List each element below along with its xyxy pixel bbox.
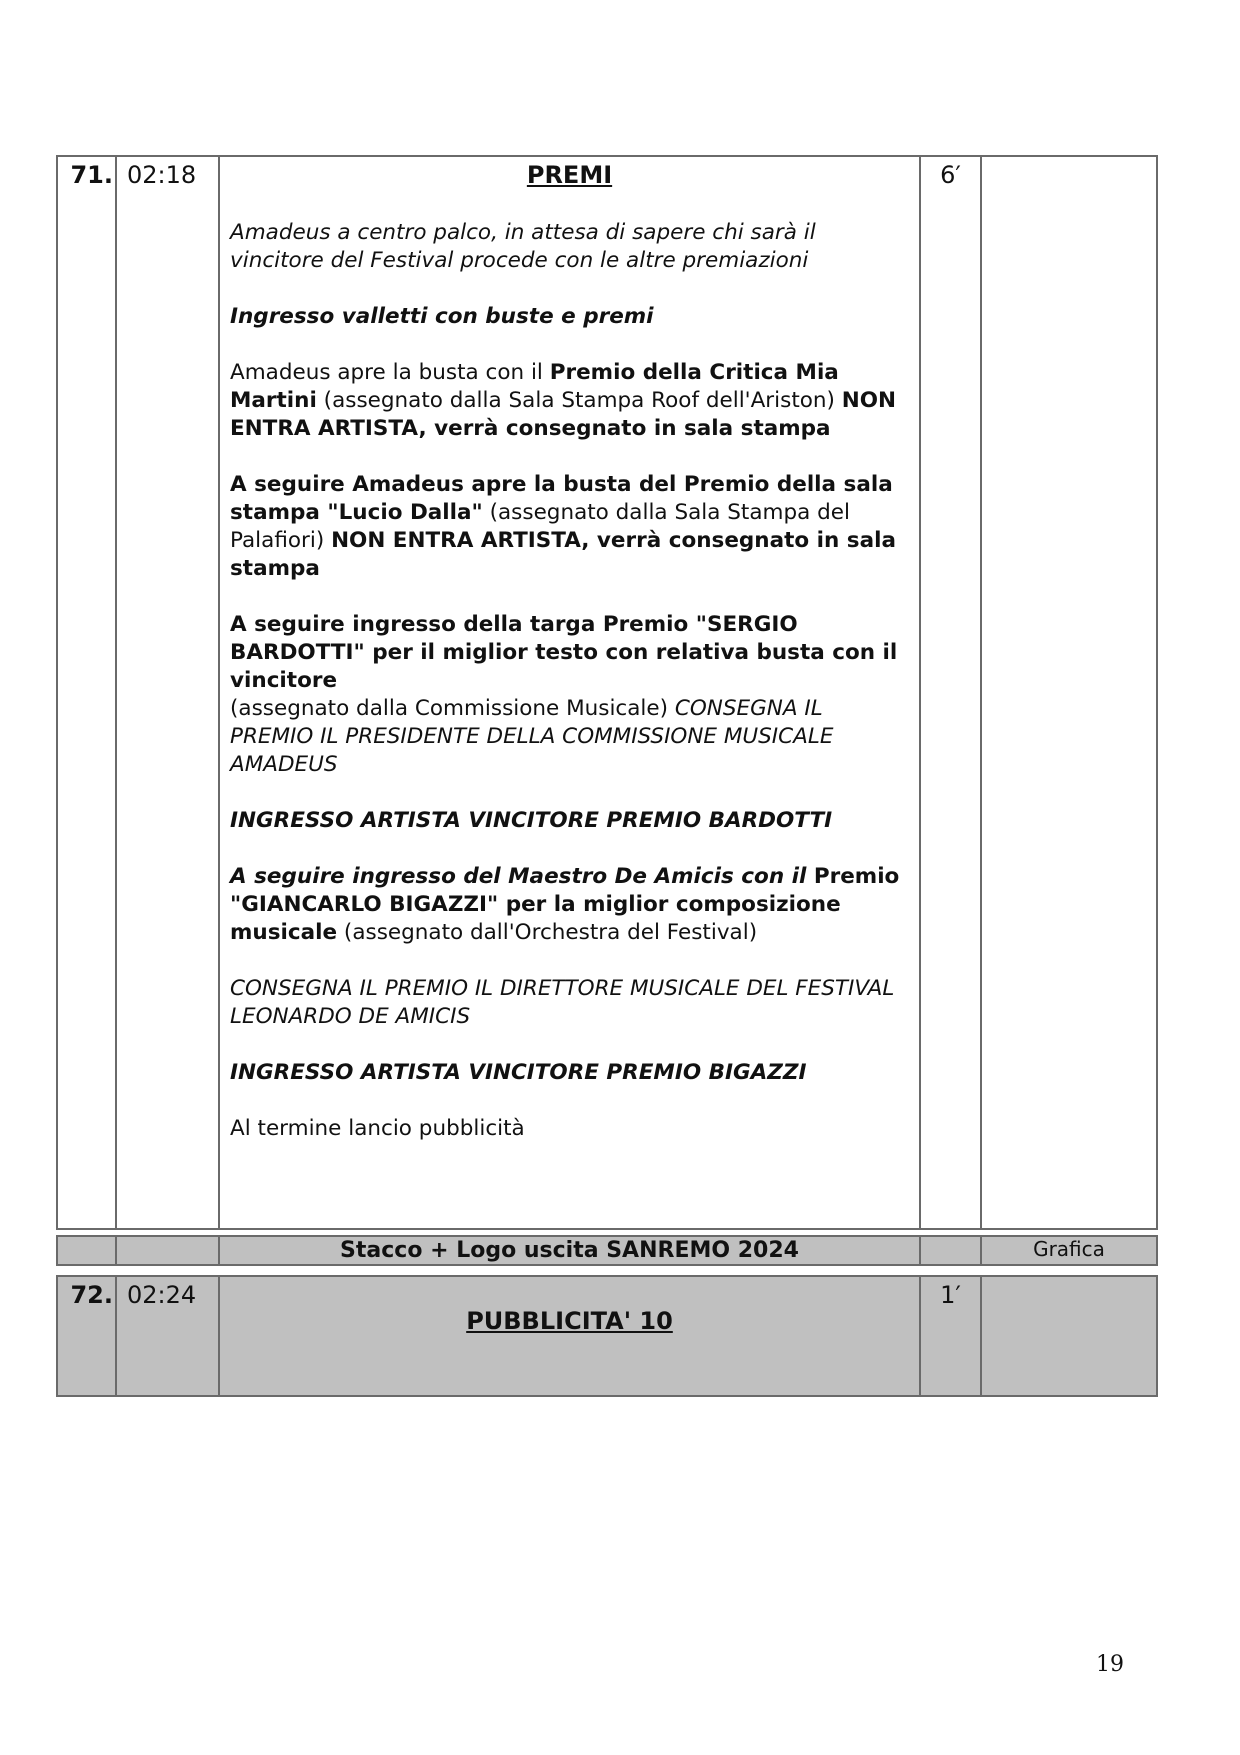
text-segment: Amadeus a centro palco, in attesa di sap… [230, 220, 816, 273]
item-body: PREMI Amadeus a centro palco, in attesa … [219, 156, 920, 1229]
item-title: PREMI [230, 161, 909, 189]
description-paragraph: A seguire Amadeus apre la busta del Prem… [230, 471, 909, 583]
text-segment: A seguire ingresso della targa Premio "S… [230, 612, 897, 693]
item-time: 02:24 [116, 1276, 219, 1396]
description-paragraph: CONSEGNA IL PREMIO IL DIRETTORE MUSICALE… [230, 975, 909, 1031]
separator-label: Stacco + Logo uscita SANREMO 2024 [219, 1236, 920, 1265]
description-paragraph: INGRESSO ARTISTA VINCITORE PREMIO BIGAZZ… [230, 1059, 909, 1087]
separator-row: Stacco + Logo uscita SANREMO 2024 Grafic… [57, 1236, 1157, 1265]
description-paragraph: Amadeus apre la busta con il Premio dell… [230, 359, 909, 443]
text-segment: Ingresso valletti con buste e premi [230, 304, 654, 329]
item-description: Amadeus a centro palco, in attesa di sap… [230, 219, 909, 1143]
description-paragraph: Ingresso valletti con buste e premi [230, 303, 909, 331]
text-segment: A seguire ingresso del Maestro De Amicis… [230, 864, 806, 889]
separator-table: Stacco + Logo uscita SANREMO 2024 Grafic… [56, 1235, 1158, 1266]
schedule-row-72-table: 72. 02:24 PUBBLICITA' 10 1′ [56, 1275, 1158, 1397]
item-note [981, 1276, 1157, 1396]
description-paragraph: A seguire ingresso del Maestro De Amicis… [230, 863, 909, 947]
text-segment: CONSEGNA IL PREMIO IL DIRETTORE MUSICALE… [230, 976, 894, 1029]
schedule-row: 71. 02:18 PREMI Amadeus a centro palco, … [57, 156, 1157, 1229]
item-title: PUBBLICITA' 10 [219, 1276, 920, 1396]
description-paragraph: Al termine lancio pubblicità [230, 1115, 909, 1143]
item-duration: 1′ [920, 1276, 981, 1396]
description-paragraph: INGRESSO ARTISTA VINCITORE PREMIO BARDOT… [230, 807, 909, 835]
item-time: 02:18 [116, 156, 219, 1229]
schedule-row-71-table: 71. 02:18 PREMI Amadeus a centro palco, … [56, 155, 1158, 1230]
item-duration: 6′ [920, 156, 981, 1229]
separator-number-cell [57, 1236, 116, 1265]
text-segment: INGRESSO ARTISTA VINCITORE PREMIO BARDOT… [230, 808, 832, 833]
description-paragraph: A seguire ingresso della targa Premio "S… [230, 611, 909, 779]
page-number: 19 [1096, 1652, 1124, 1677]
separator-note: Grafica [981, 1236, 1157, 1265]
item-note [981, 156, 1157, 1229]
item-number: 71. [57, 156, 116, 1229]
text-segment: (assegnato dalla Commissione Musicale) [230, 696, 675, 721]
text-segment: Al termine lancio pubblicità [230, 1116, 525, 1141]
item-number: 72. [57, 1276, 116, 1396]
text-segment: (assegnato dall'Orchestra del Festival) [337, 920, 757, 945]
text-segment: INGRESSO ARTISTA VINCITORE PREMIO BIGAZZ… [230, 1060, 806, 1085]
description-paragraph: Amadeus a centro palco, in attesa di sap… [230, 219, 909, 275]
separator-duration-cell [920, 1236, 981, 1265]
text-segment: (assegnato dalla Sala Stampa Roof dell'A… [317, 388, 842, 413]
schedule-row: 72. 02:24 PUBBLICITA' 10 1′ [57, 1276, 1157, 1396]
separator-time-cell [116, 1236, 219, 1265]
text-segment: Amadeus apre la busta con il [230, 360, 550, 385]
